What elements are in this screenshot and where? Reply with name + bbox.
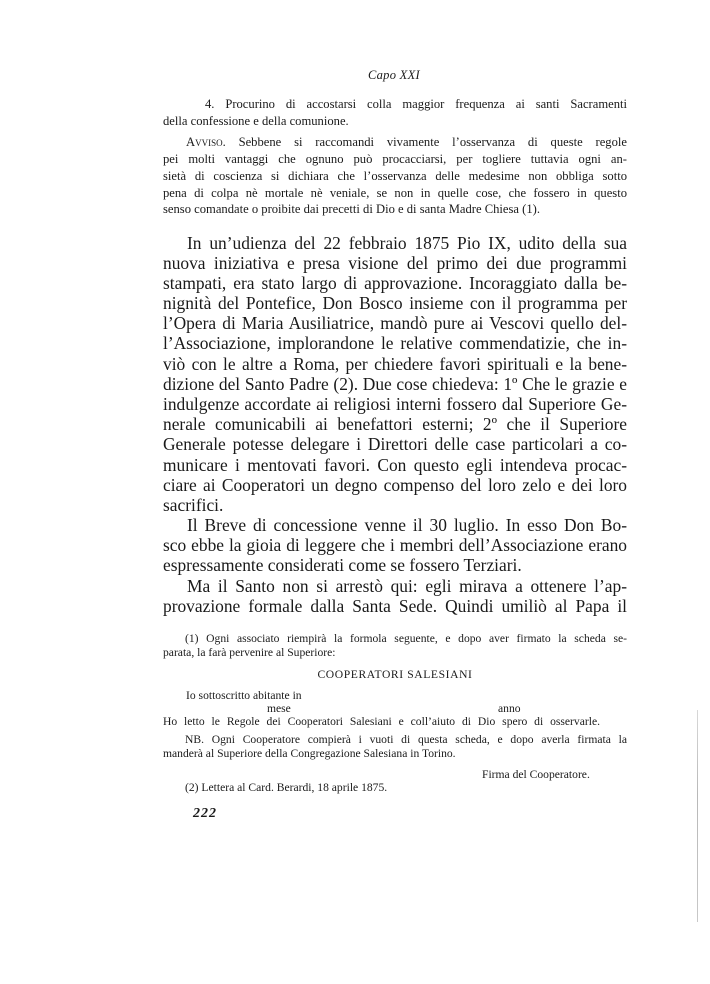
avviso-line: senso comandate o proibite dai precetti … [163,201,627,217]
body-line: stampati, era stato largo di approvazion… [163,273,627,293]
form-label-anno: anno [498,702,521,716]
avviso-text: Sebbene si raccomandi vivamente l’osserv… [239,135,627,149]
form-label-mese: mese [267,702,291,716]
avviso-line: sietà di coscienza si dichiara che l’oss… [163,168,627,184]
body-line: In un’udienza del 22 febbraio 1875 Pio I… [163,233,627,253]
body-line: sco ebbe la gioia di leggere che i membr… [163,535,627,555]
scan-artifact-line [697,710,698,922]
nb-line: NB. Ogni Cooperatore compierà i vuoti di… [163,733,627,747]
body-line: nignità del Pontefice, Don Bosco insieme… [163,293,627,313]
rule-item-4-line: 4. Procurino di accostarsi colla maggior… [163,96,627,112]
form-signature: Firma del Cooperatore. [482,768,590,782]
avviso-line: pena di colpa nè mortale nè veniale, se … [163,185,627,201]
body-line: nuova iniziativa e presa visione del pri… [163,253,627,273]
form-line-resident: Io sottoscritto abitante in [186,689,302,703]
body-line: Ma il Santo non si arrestò qui: egli mir… [163,576,627,596]
body-line: l’Associazione, implorandone le relative… [163,333,627,353]
body-line: Generale potesse delegare i Direttori de… [163,434,627,454]
avviso-line: pei molti vantaggi che ognuno può procac… [163,151,627,167]
rule-item-4-line: della confessione e della comunione. [163,113,627,129]
body-line: municare i mentovati favori. Con questo … [163,455,627,475]
body-line: Il Breve di concessione venne il 30 lugl… [163,515,627,535]
nb-line: manderà al Superiore della Congregazione… [163,747,627,761]
footnote-1-line: (1) Ogni associato riempirà la formola s… [163,632,627,646]
form-title: COOPERATORI SALESIANI [163,668,627,682]
body-line: viò con le altre a Roma, per chiedere fa… [163,354,627,374]
footnote-2: (2) Lettera al Card. Berardi, 18 aprile … [185,781,387,795]
body-line: sacrifici. [163,495,627,515]
page-number: 222 [193,806,217,822]
body-line: nerale comunicabili ai benefattori ester… [163,414,627,434]
running-header: Capo XXI [0,68,710,83]
book-page: Capo XXI 4. Procurino di accostarsi coll… [0,0,710,984]
body-line: l’Opera di Maria Ausiliatrice, mandò pur… [163,313,627,333]
body-line: dizione del Santo Padre (2). Due cose ch… [163,374,627,394]
form-line-declaration: Ho letto le Regole dei Cooperatori Sales… [163,715,600,729]
body-line: ciare ai Cooperatori un degno compenso d… [163,475,627,495]
body-line: indulgenze accordate ai religiosi intern… [163,394,627,414]
avviso-line: Avviso. Sebbene si raccomandi vivamente … [163,134,627,150]
avviso-label: Avviso. [186,135,226,149]
body-line: espressamente considerati come se fosser… [163,555,627,575]
footnote-1-line: parata, la farà pervenire al Superiore: [163,646,627,660]
body-line: provazione formale dalla Santa Sede. Qui… [163,596,627,616]
